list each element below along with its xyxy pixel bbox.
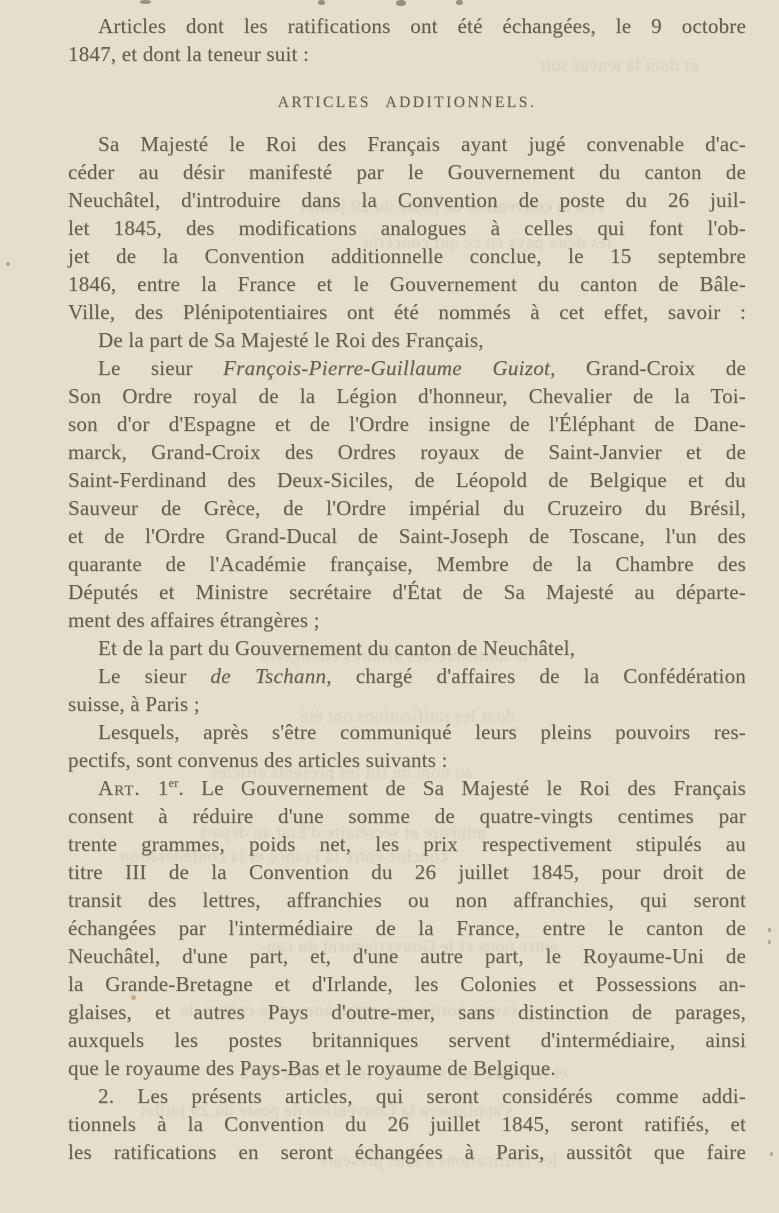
text-line: Sauveur de Grèce, de l'Ordre impérial du… xyxy=(68,494,746,522)
text-line: consent à réduire d'une somme de quatre-… xyxy=(68,802,746,830)
ink-speck xyxy=(768,940,771,944)
cropped-glyph-mark xyxy=(456,0,463,5)
text-line: Son Ordre royal de la Légion d'honneur, … xyxy=(68,382,746,410)
intro-paragraph-container: Articles dont les ratifications ont été … xyxy=(68,12,746,68)
text-line: Lesquels, après s'être communiqué leurs … xyxy=(68,718,746,746)
text-line: glaises, et autres Pays d'outre-mer, san… xyxy=(68,998,746,1026)
cropped-glyph-mark xyxy=(396,0,406,6)
ink-speck xyxy=(770,1152,773,1156)
ink-speck xyxy=(768,928,771,932)
ink-speck xyxy=(6,262,10,266)
italic-proper-name: François-Pierre-Guillaume Guizot xyxy=(223,356,550,380)
text-line: auxquels les postes britanniques servent… xyxy=(68,1026,746,1054)
paragraph: Le sieur François-Pierre-Guillaume Guizo… xyxy=(68,354,746,634)
text-line: 1847, et dont la teneur suit : xyxy=(68,40,746,68)
text-line: 1846, entre la France et le Gouvernement… xyxy=(68,270,746,298)
text-line: Le sieur de Tschann, chargé d'affaires d… xyxy=(68,662,746,690)
text-line: échangées par l'intermédiaire de la Fran… xyxy=(68,914,746,942)
body-paragraph-container: Sa Majesté le Roi des Français ayant jug… xyxy=(68,130,746,1166)
section-heading: ARTICLES ADDITIONNELS. xyxy=(68,93,746,113)
small-caps-word: Art. xyxy=(98,776,141,800)
text-line: céder au désir manifesté par le Gouverne… xyxy=(68,158,746,186)
text-line: Sa Majesté le Roi des Français ayant jug… xyxy=(68,130,746,158)
text-line: Et de la part du Gouvernement du canton … xyxy=(68,634,746,662)
cropped-glyph-mark xyxy=(318,0,325,5)
paragraph: 2. Les présents articles, qui seront con… xyxy=(68,1082,746,1166)
text-line: que le royaume des Pays-Bas et le royaum… xyxy=(68,1054,746,1082)
ordinal-superscript: er xyxy=(169,776,179,790)
text-line: titre III de la Convention du 26 juillet… xyxy=(68,858,746,886)
text-line: et de l'Ordre Grand-Ducal de Saint-Josep… xyxy=(68,522,746,550)
text-line: 2. Les présents articles, qui seront con… xyxy=(68,1082,746,1110)
text-line: tionnels à la Convention du 26 juillet 1… xyxy=(68,1110,746,1138)
document-text: Articles dont les ratifications ont été … xyxy=(68,12,746,1166)
text-line: Neuchâtel, d'une part, et, d'une autre p… xyxy=(68,942,746,970)
text-line: les ratifications en seront échangées à … xyxy=(68,1138,746,1166)
paragraph: De la part de Sa Majesté le Roi des Fran… xyxy=(68,326,746,354)
italic-proper-name: de Tschann xyxy=(210,664,326,688)
paragraph: Articles dont les ratifications ont été … xyxy=(68,12,746,68)
text-line: Articles dont les ratifications ont été … xyxy=(68,12,746,40)
document-page: et dont la teneur suitet à la convention… xyxy=(0,0,779,1213)
text-line: la Grande-Bretagne et d'Irlande, les Col… xyxy=(68,970,746,998)
paragraph: Lesquels, après s'être communiqué leurs … xyxy=(68,718,746,774)
text-line: transit des lettres, affranchies ou non … xyxy=(68,886,746,914)
text-line: Neuchâtel, d'introduire dans la Conventi… xyxy=(68,186,746,214)
text-line: De la part de Sa Majesté le Roi des Fran… xyxy=(68,326,746,354)
paragraph: Le sieur de Tschann, chargé d'affaires d… xyxy=(68,662,746,718)
text-line: son d'or d'Espagne et de l'Ordre insigne… xyxy=(68,410,746,438)
text-line: Le sieur François-Pierre-Guillaume Guizo… xyxy=(68,354,746,382)
text-line: pectifs, sont convenus des articles suiv… xyxy=(68,746,746,774)
text-line: suisse, à Paris ; xyxy=(68,690,746,718)
text-line: trente grammes, poids net, les prix resp… xyxy=(68,830,746,858)
text-line: jet de la Convention additionnelle concl… xyxy=(68,242,746,270)
paragraph: Art. 1er. Le Gouvernement de Sa Majesté … xyxy=(68,774,746,1082)
text-line: Ville, des Plénipotentiaires ont été nom… xyxy=(68,298,746,326)
text-line: Art. 1er. Le Gouvernement de Sa Majesté … xyxy=(68,774,746,802)
text-line: Députés et Ministre secrétaire d'État de… xyxy=(68,578,746,606)
text-line: let 1845, des modifications analogues à … xyxy=(68,214,746,242)
cropped-glyph-mark xyxy=(140,0,151,4)
paragraph: Sa Majesté le Roi des Français ayant jug… xyxy=(68,130,746,326)
text-line: ment des affaires étrangères ; xyxy=(68,606,746,634)
text-line: quarante de l'Académie française, Membre… xyxy=(68,550,746,578)
text-line: Saint-Ferdinand des Deux-Siciles, de Léo… xyxy=(68,466,746,494)
text-line: marck, Grand-Croix des Ordres royaux de … xyxy=(68,438,746,466)
paragraph: Et de la part du Gouvernement du canton … xyxy=(68,634,746,662)
